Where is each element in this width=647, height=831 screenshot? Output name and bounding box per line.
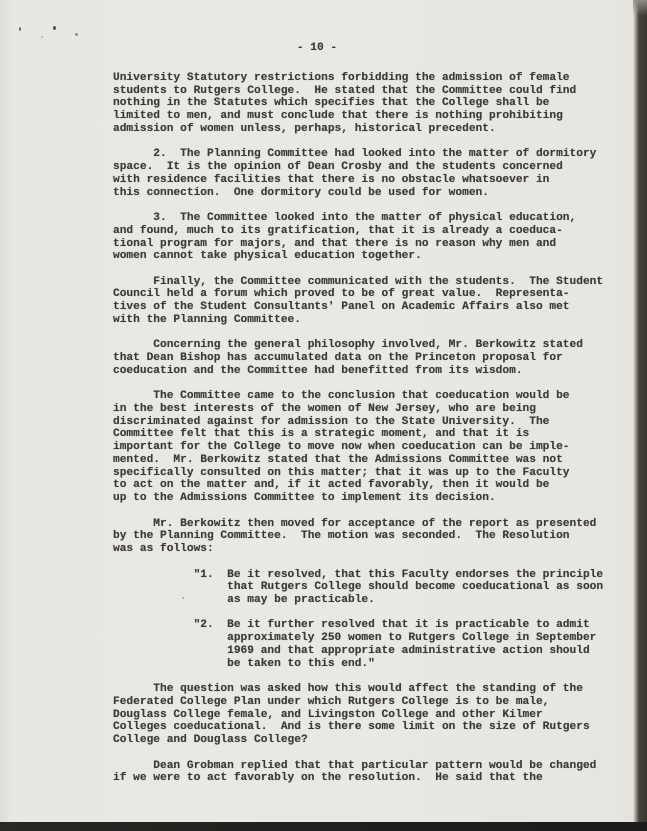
scan-speckle	[41, 36, 43, 38]
paragraph: 2. The Planning Committee had looked int…	[113, 148, 633, 199]
paragraph: University Statutory restrictions forbid…	[113, 72, 633, 136]
paragraph: Concerning the general philosophy involv…	[113, 339, 633, 377]
paragraph: The question was asked how this would af…	[113, 683, 633, 747]
paragraph: Finally, the Committee communicated with…	[113, 276, 633, 327]
paragraph: Mr. Berkowitz then moved for acceptance …	[113, 518, 633, 556]
page-number: - 10 -	[0, 42, 634, 55]
scanned-document-page: - 10 - University Statutory restrictions…	[0, 0, 647, 831]
scan-edge-right	[633, 0, 647, 831]
paragraph: 3. The Committee looked into the matter …	[113, 212, 633, 263]
paragraph: "1. Be it resolved, that this Faculty en…	[113, 569, 633, 607]
scan-edge-bottom	[0, 822, 647, 831]
scan-speckle	[75, 33, 78, 36]
paragraph: The Committee came to the conclusion tha…	[113, 390, 633, 505]
scan-speckle	[53, 26, 56, 30]
scan-speckle	[182, 597, 184, 599]
paragraph: "2. Be it further resolved that it is pr…	[113, 619, 633, 670]
paragraph: Dean Grobman replied that that particula…	[113, 760, 633, 785]
document-body: University Statutory restrictions forbid…	[113, 72, 633, 798]
scan-speckle	[19, 27, 21, 31]
